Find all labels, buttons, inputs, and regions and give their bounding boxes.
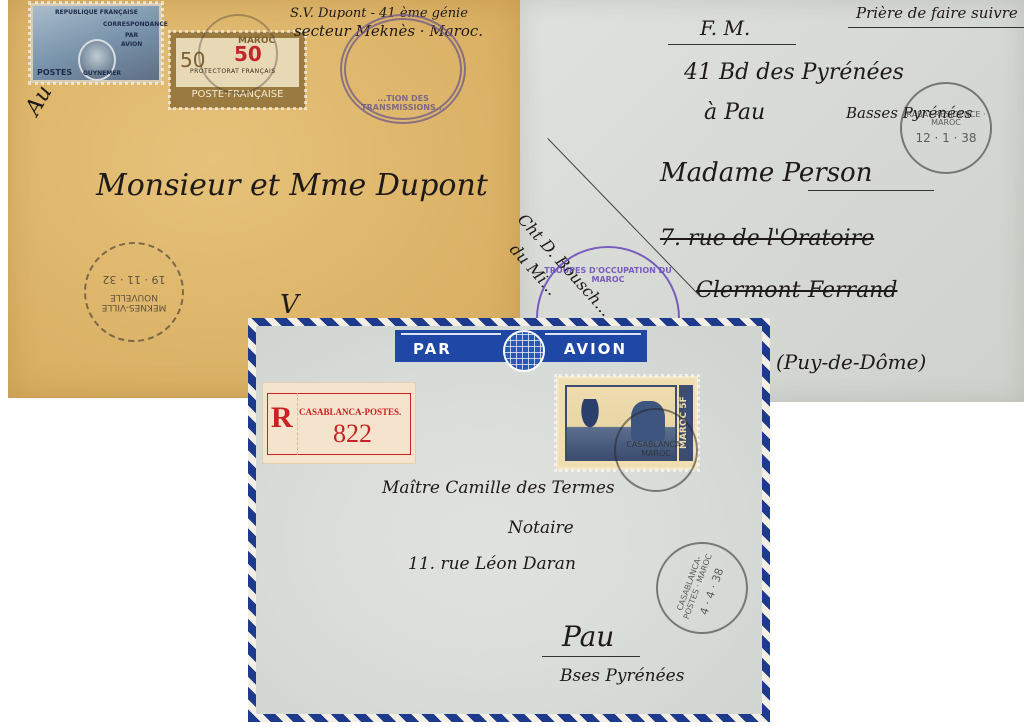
label-divider xyxy=(297,393,298,455)
forward-address-line-1: 41 Bd des Pyrénées xyxy=(684,60,904,85)
globe-icon xyxy=(503,330,545,372)
registration-office: CASABLANCA-POSTES. xyxy=(299,407,401,417)
casablanca-postmark-1: CASABLANCA · MAROC xyxy=(614,408,698,492)
margin-note: Au xyxy=(21,81,58,120)
bottom-scrawl: V xyxy=(280,290,299,320)
par-avion-banner: PAR AVION xyxy=(395,330,647,362)
forward-address-line-2: à Pau xyxy=(704,100,765,125)
recipient-line-1: Maître Camille des Termes xyxy=(382,478,615,498)
region-line: (Puy-de-Dôme) xyxy=(776,350,926,374)
recipient-line-5: Bses Pyrénées xyxy=(560,666,684,686)
banner-avion: AVION xyxy=(564,340,627,358)
registration-number: 822 xyxy=(333,419,372,449)
recipient-line-3: 11. rue Léon Daran xyxy=(408,554,576,574)
forward-note: Prière de faire suivre xyxy=(856,4,1018,22)
casablanca-postmark-2: CASABLANCA-POSTES · MAROC 4 · 4 · 38 xyxy=(643,529,761,647)
rabat-postmark: RABAT-RÉSIDENCE · MAROC 12 · 1 · 38 xyxy=(900,82,992,174)
recipient-name: Monsieur et Mme Dupont xyxy=(96,168,488,203)
banner-par: PAR xyxy=(413,340,452,358)
franchise-mark: F. M. xyxy=(700,16,750,40)
transmission-cachet-postmark: ...TION DES TRANSMISSIONS... xyxy=(340,14,466,124)
stamp-text: GUYNEMER xyxy=(83,70,121,77)
recipient-line-2: Notaire xyxy=(508,518,574,538)
meknes-postmark: MEKNES-VILLE NOUVELLE 19 · 11 · 32 xyxy=(84,242,184,342)
airmail-vignette-stamp: REPUBLIQUE FRANÇAISE CORRESPONDANCE PAR … xyxy=(30,3,162,83)
stamp-text: AVION xyxy=(121,41,142,48)
stamp-text: POSTES xyxy=(37,68,72,77)
stamp-text: REPUBLIQUE FRANÇAISE xyxy=(55,9,138,16)
underline xyxy=(542,656,640,657)
stamp-cancel-postmark xyxy=(198,14,278,94)
recipient-name: Madame Person xyxy=(660,158,872,188)
underline xyxy=(808,190,934,191)
underline xyxy=(848,27,1024,28)
underline xyxy=(668,44,796,45)
palm-tree-icon xyxy=(575,399,605,439)
stamp-text: CORRESPONDANCE xyxy=(103,21,168,28)
recipient-line-4: Pau xyxy=(562,620,614,653)
wing-stripe xyxy=(545,333,641,335)
airmail-registered-envelope: PAR AVION R CASABLANCA-POSTES. 822 MAROC… xyxy=(248,318,770,722)
registration-letter: R xyxy=(271,401,293,435)
struck-address-line-1: 7. rue de l'Oratoire xyxy=(660,226,874,251)
wing-stripe xyxy=(401,333,501,335)
stamp-text: PAR xyxy=(125,32,138,39)
registration-label: R CASABLANCA-POSTES. 822 xyxy=(262,382,416,464)
struck-address-line-2: Clermont-Ferrand xyxy=(696,278,897,303)
